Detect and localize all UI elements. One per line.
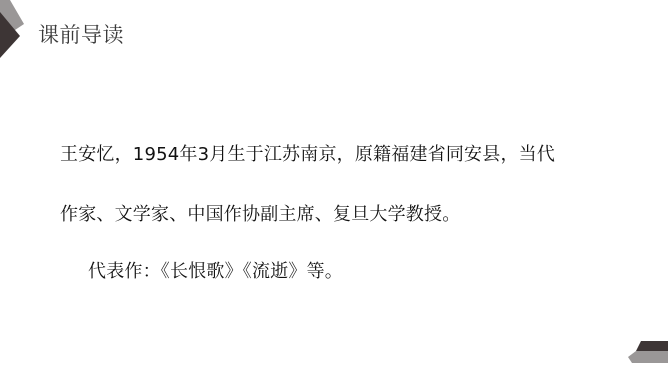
page-title: 课前导读 xyxy=(38,22,124,48)
representative-works-text: 代表作：《长恨歌》《流逝》等。 xyxy=(88,260,343,284)
intro-text-line-2: 作家、文学家、中国作协副主席、复旦大学教授。 xyxy=(60,203,460,227)
slide: 课前导读 王安忆，1954年3月生于江苏南京，原籍福建省同安县，当代 作家、文学… xyxy=(0,0,668,376)
corner-diamond-decoration-icon xyxy=(0,0,40,62)
corner-arrow-bars-decoration-icon xyxy=(628,336,668,376)
intro-text-line-1: 王安忆，1954年3月生于江苏南京，原籍福建省同安县，当代 xyxy=(60,143,555,167)
